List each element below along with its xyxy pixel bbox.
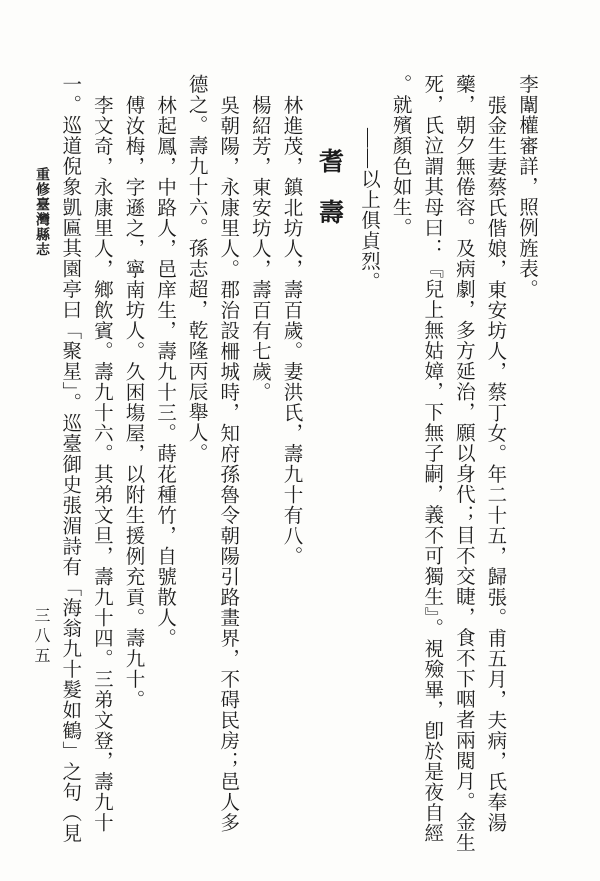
text-column: 一。巡道倪象凱匾其園亭曰「聚星」。巡臺御史張湄詩有「海翁九十髮如鶴」之句（見 (54, 74, 86, 852)
text-column: 李闈權審詳，照例旌表。 (510, 74, 542, 852)
text-column: 。就殯顏色如生。 (384, 74, 416, 852)
text-column: 楊紹芳，東安坊人，壽百有七歲。 (243, 74, 275, 852)
text-column-attribution: ——以上俱貞烈。 (352, 74, 384, 852)
text-column: 藥，朝夕無倦容。及病劇，多方延治，願以身代；目不交睫，食不下咽者兩閱月。金生 (447, 74, 479, 852)
book-page: 李闈權審詳，照例旌表。 張金生妻蔡氏偕娘，東安坊人，蔡丁女。年二十五，歸張。甫五… (0, 0, 600, 881)
book-title-margin: 重修臺灣縣志 (31, 167, 51, 257)
text-column: 林進茂，鎮北坊人，壽百歲。妻洪氏，壽九十有八。 (275, 74, 307, 852)
text-column: 死，氏泣謂其母曰：『兒上無姑嫜，下無子嗣，義不可獨生』。視殮畢，卽於是夜自經 (416, 74, 448, 852)
text-column: 張金生妻蔡氏偕娘，東安坊人，蔡丁女。年二十五，歸張。甫五月，夫病，氏奉湯 (479, 74, 511, 852)
text-column: 德之。壽九十六。孫志超，乾隆丙辰舉人。 (180, 74, 212, 852)
text-column: 林起鳳，中路人，邑庠生，壽九十三。蒔花種竹，自號散人。 (148, 74, 180, 852)
main-text-block: 李闈權審詳，照例旌表。 張金生妻蔡氏偕娘，東安坊人，蔡丁女。年二十五，歸張。甫五… (54, 74, 542, 852)
section-header: 耆壽 (308, 74, 348, 852)
text-column: 傅汝梅，字遜之，寧南坊人。久困塲屋，以附生援例充貢。壽九十。 (117, 74, 149, 852)
page-number: 三八五 (29, 607, 52, 667)
text-column: 吳朝陽，永康里人。郡治設柵城時，知府孫魯令朝陽引路畫界，不碍民房；邑人多 (212, 74, 244, 852)
text-column: 李文奇，永康里人，鄉飲賓。壽九十六。其弟文旦，壽九十四。三弟文登，壽九十 (85, 74, 117, 852)
